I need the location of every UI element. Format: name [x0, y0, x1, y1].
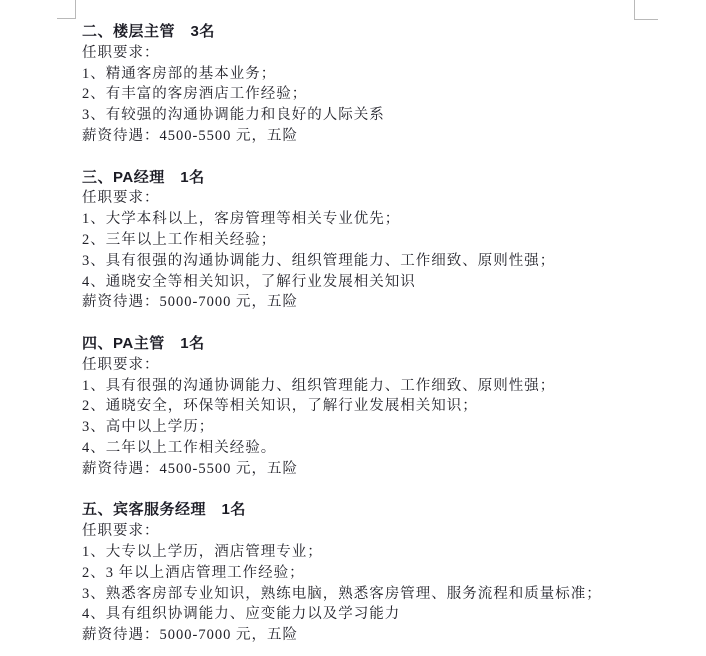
requirement-item: 2、3 年以上酒店管理工作经验；: [82, 563, 602, 584]
text-boundary-mark-right-horizontal: [634, 19, 658, 20]
requirement-item: 1、大专以上学历，酒店管理专业；: [82, 542, 602, 563]
job-section-floor-supervisor: 二、楼层主管 3名 任职要求： 1、精通客房部的基本业务； 2、有丰富的客房酒店…: [82, 22, 602, 147]
job-section-title: 二、楼层主管 3名: [82, 22, 602, 43]
requirement-item: 3、有较强的沟通协调能力和良好的人际关系: [82, 105, 602, 126]
document-page: 二、楼层主管 3名 任职要求： 1、精通客房部的基本业务； 2、有丰富的客房酒店…: [0, 0, 706, 656]
requirement-item: 3、高中以上学历；: [82, 417, 602, 438]
requirement-item: 2、三年以上工作相关经验；: [82, 230, 602, 251]
salary-line: 薪资待遇：4500-5500 元，五险: [82, 459, 602, 480]
requirements-label: 任职要求：: [82, 43, 602, 64]
requirement-item: 1、具有很强的沟通协调能力、组织管理能力、工作细致、原则性强；: [82, 376, 602, 397]
requirements-label: 任职要求：: [82, 521, 602, 542]
job-section-title: 四、PA主管 1名: [82, 334, 602, 355]
requirements-label: 任职要求：: [82, 188, 602, 209]
salary-line: 薪资待遇：5000-7000 元，五险: [82, 292, 602, 313]
salary-line: 薪资待遇：4500-5500 元，五险: [82, 126, 602, 147]
requirement-item: 3、熟悉客房部专业知识，熟练电脑，熟悉客房管理、服务流程和质量标准；: [82, 584, 602, 605]
text-boundary-mark-right-vertical: [634, 0, 635, 19]
requirement-item: 4、二年以上工作相关经验。: [82, 438, 602, 459]
document-body: 二、楼层主管 3名 任职要求： 1、精通客房部的基本业务； 2、有丰富的客房酒店…: [82, 22, 602, 646]
requirement-item: 2、有丰富的客房酒店工作经验；: [82, 84, 602, 105]
job-section-pa-manager: 三、PA经理 1名 任职要求： 1、大学本科以上，客房管理等相关专业优先； 2、…: [82, 168, 602, 314]
requirement-item: 4、具有组织协调能力、应变能力以及学习能力: [82, 604, 602, 625]
job-section-guest-service-manager: 五、宾客服务经理 1名 任职要求： 1、大专以上学历，酒店管理专业； 2、3 年…: [82, 500, 602, 646]
text-boundary-mark-left-horizontal: [57, 18, 76, 19]
text-boundary-mark-left-vertical: [75, 0, 76, 18]
requirement-item: 4、通晓安全等相关知识，了解行业发展相关知识: [82, 272, 602, 293]
requirement-item: 2、通晓安全，环保等相关知识，了解行业发展相关知识；: [82, 396, 602, 417]
requirement-item: 3、具有很强的沟通协调能力、组织管理能力、工作细致、原则性强；: [82, 251, 602, 272]
job-section-title: 五、宾客服务经理 1名: [82, 500, 602, 521]
requirements-label: 任职要求：: [82, 355, 602, 376]
job-section-title: 三、PA经理 1名: [82, 168, 602, 189]
requirement-item: 1、大学本科以上，客房管理等相关专业优先；: [82, 209, 602, 230]
requirement-item: 1、精通客房部的基本业务；: [82, 64, 602, 85]
salary-line: 薪资待遇：5000-7000 元，五险: [82, 625, 602, 646]
job-section-pa-supervisor: 四、PA主管 1名 任职要求： 1、具有很强的沟通协调能力、组织管理能力、工作细…: [82, 334, 602, 480]
